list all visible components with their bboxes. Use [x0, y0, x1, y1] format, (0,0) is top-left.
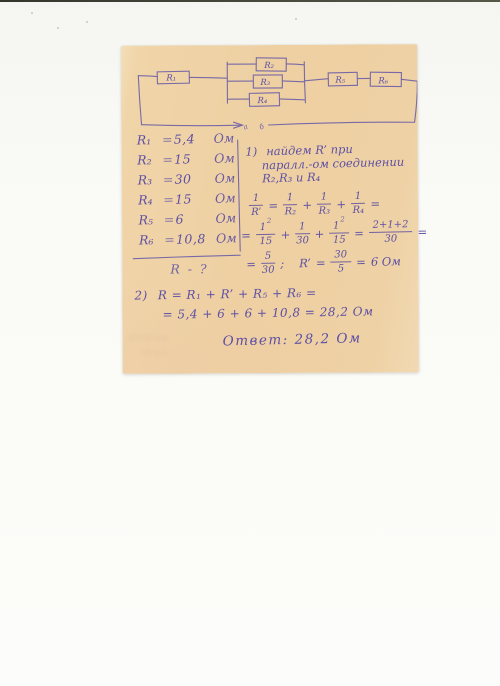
scan-edge-artifact: [0, 0, 500, 2]
frac-den: R₂: [284, 205, 296, 217]
frac-num: 1: [260, 223, 267, 233]
answer-line: Ответ: 28,2 Ом: [223, 330, 362, 349]
wire: [286, 64, 304, 65]
wire: [282, 81, 304, 82]
given-unit: Ом: [216, 230, 237, 245]
resistor-label-r1: R₁: [165, 73, 176, 83]
given-value: 5,4: [174, 131, 214, 147]
frac-den: 30: [262, 264, 275, 276]
wire: [279, 99, 304, 100]
frac-den: R’: [251, 206, 261, 218]
wire: [142, 124, 241, 126]
frac-den: 15: [259, 235, 272, 247]
given-unit: Ом: [214, 170, 235, 185]
fraction-1-over-15: 12 15: [256, 223, 276, 247]
wire: [304, 79, 328, 81]
resistor-label-r2: R₂: [263, 61, 274, 71]
equals-sign: =: [241, 228, 251, 242]
resistor-label-r4: R₄: [256, 96, 267, 106]
step1-heading: 1) найдем R’ при паралл.-ом соединении R…: [245, 142, 404, 187]
equals-sign: =: [356, 255, 366, 269]
equals-sign: =: [354, 226, 364, 240]
fraction-1-over-R2: 1 R₂: [283, 193, 298, 217]
given-separator-vertical: [238, 140, 241, 251]
notebook-paper: R₁ R₂ R₃ R₄ R₅ R₆ а б н=зо вм т в п R₁ =…: [121, 44, 419, 374]
r-prime-symbol: R’: [299, 256, 311, 270]
given-value: 15: [174, 151, 214, 167]
wire: [138, 76, 157, 77]
frac-num: 1: [299, 222, 306, 232]
given-value: 10,8: [176, 231, 216, 247]
given-symbol: R₁: [137, 132, 161, 148]
frac-den: 30: [296, 234, 309, 246]
equals-sign: =: [161, 152, 174, 167]
given-symbol: R₂: [137, 152, 161, 168]
fraction-1-over-R3: 1 R₃: [317, 192, 332, 216]
equals-sign: =: [163, 232, 176, 247]
fraction-1-over-Rprime: 1 R’: [249, 194, 264, 218]
frac-num: 1: [321, 193, 328, 203]
scan-speck: [57, 27, 59, 29]
given-row-r6: R₆ = 10,8 Ом: [139, 230, 237, 252]
wire: [269, 122, 415, 125]
equals-sign: =: [417, 225, 427, 239]
equals-sign: =: [316, 256, 326, 270]
frac-num: 1: [253, 194, 260, 204]
given-row-r4: R₄ = 15 Ом: [138, 190, 236, 212]
frac-den: 5: [338, 262, 345, 274]
given-row-r5: R₅ = 6 Ом: [138, 210, 236, 232]
given-unit: Ом: [214, 130, 235, 145]
ink-bleed-smudge: т в п: [143, 349, 168, 359]
equals-sign: =: [161, 172, 174, 187]
given-row-r2: R₂ = 15 Ом: [137, 150, 235, 172]
equals-sign: =: [268, 198, 278, 212]
step1-marker: 1): [245, 145, 257, 159]
frac-den: R₄: [352, 204, 364, 216]
given-separator-horizontal: [133, 255, 240, 259]
step2-line1: 2) R = R₁ + R’ + R₅ + R₆ =: [134, 286, 316, 303]
multiplier-mark: 2: [340, 216, 345, 223]
frac-num: 1: [355, 192, 362, 202]
scan-speck: [86, 21, 88, 23]
wire: [138, 76, 141, 125]
given-symbol: R₆: [139, 232, 163, 248]
plus-sign: +: [314, 227, 324, 241]
given-row-r1: R₁ = 5,4 Ом: [137, 130, 235, 152]
equals-sign: =: [161, 132, 174, 147]
plus-sign: +: [336, 197, 346, 211]
wire: [414, 81, 417, 122]
given-value: 6: [175, 211, 215, 227]
equals-sign: =: [162, 212, 175, 227]
scanned-page: R₁ R₂ R₃ R₄ R₅ R₆ а б н=зо вм т в п R₁ =…: [0, 0, 500, 686]
plus-sign: +: [280, 228, 290, 242]
wire: [401, 79, 417, 81]
plus-sign: +: [302, 198, 312, 212]
semicolon: ;: [280, 256, 284, 270]
given-unit: Ом: [215, 190, 236, 205]
equals-sign: =: [370, 197, 380, 211]
fraction-1-over-R4: 1 R₄: [351, 192, 366, 216]
equals-sign: =: [246, 257, 256, 271]
frac-den: 15: [333, 233, 346, 245]
given-row-r3: R₃ = 30 Ом: [137, 170, 235, 192]
given-unit: Ом: [215, 210, 236, 225]
given-symbol: R₄: [138, 192, 162, 208]
scan-speck: [31, 12, 33, 14]
given-value: 30: [174, 171, 214, 187]
resistor-label-r5: R₅: [334, 76, 345, 86]
fraction-5-over-30: 5 30: [261, 252, 276, 276]
resistor-label-r6: R₆: [377, 76, 388, 86]
multiplier-mark: 2: [267, 218, 272, 225]
equation-1: 1 R’ = 1 R₂ + 1 R₃ + 1 R₄ =: [249, 192, 380, 219]
given-symbol: R₃: [137, 172, 161, 188]
fraction-1-over-15b: 12 15: [329, 221, 349, 245]
fraction-30-over-5: 30 5: [330, 250, 351, 274]
wire: [189, 77, 227, 78]
step1-result: 6 Ом: [371, 254, 401, 269]
frac-num: 5: [265, 252, 272, 262]
equation-3: = 5 30 ; R’ = 30 5 = 6 Ом: [246, 249, 401, 276]
given-block: R₁ = 5,4 Ом R₂ = 15 Ом R₃ = 30 Ом R₄ = 1…: [137, 130, 237, 252]
fraction-sum-over-30: 2+1+2 30: [369, 220, 413, 245]
terminal-mark-b: б: [258, 122, 266, 131]
given-unit: Ом: [214, 150, 235, 165]
resistor-label-r3: R₃: [259, 78, 270, 88]
frac-num: 2+1+2: [373, 220, 409, 231]
question-to-find: R - ?: [170, 261, 208, 276]
frac-num: 1: [333, 222, 340, 232]
frac-den: 30: [384, 232, 397, 244]
fraction-1-over-30: 1 30: [295, 222, 310, 246]
scan-speck: [295, 18, 297, 20]
equation-2: = 12 15 + 1 30 + 12 15 = 2+1+2 30 =: [241, 220, 428, 248]
frac-den: R₃: [318, 204, 330, 216]
frac-num: 1: [287, 193, 294, 203]
step2-formula: R = R₁ + R’ + R₅ + R₆ =: [158, 286, 317, 302]
given-value: 15: [175, 191, 215, 207]
frac-num: 30: [334, 250, 347, 260]
equals-sign: =: [162, 192, 175, 207]
ink-bleed-smudge: н=зо вм: [129, 334, 168, 344]
terminal-mark-a: а: [242, 123, 249, 132]
step2-marker: 2): [134, 288, 148, 302]
given-symbol: R₅: [138, 212, 162, 228]
